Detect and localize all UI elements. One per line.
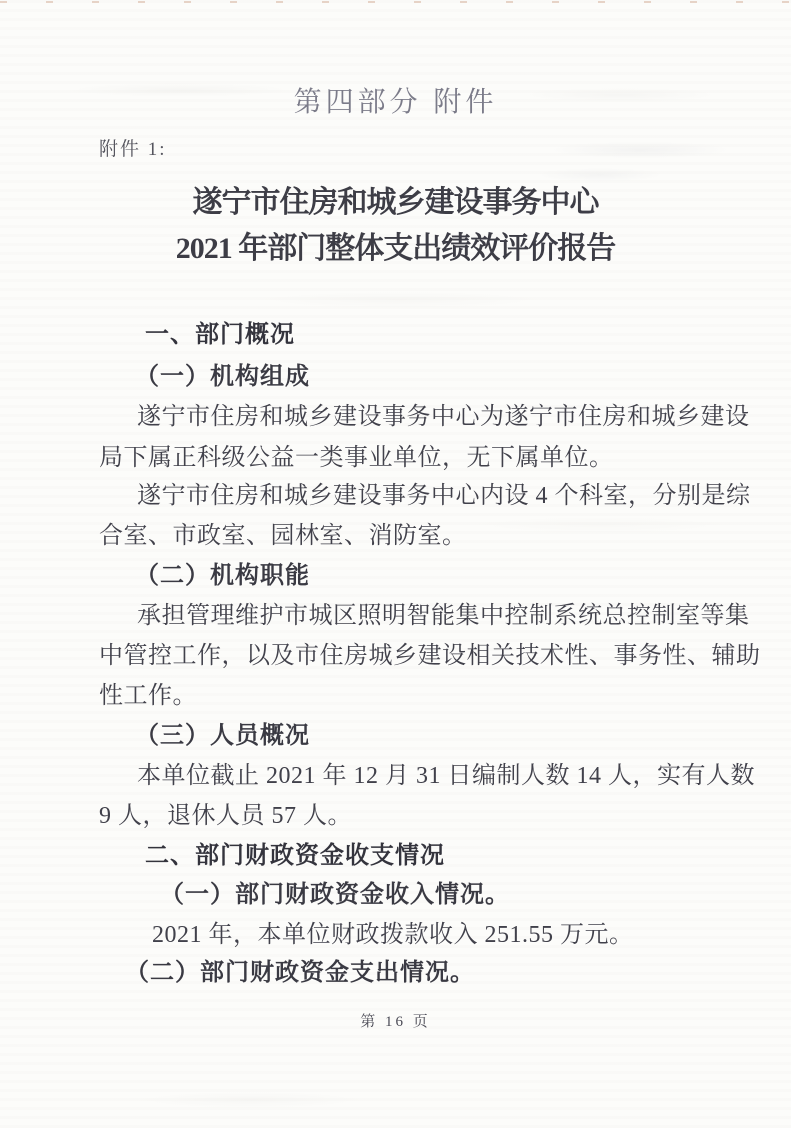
attachment-label: 附件 1: (99, 138, 167, 162)
doc-title-line2: 2021 年部门整体支出绩效评价报告 (0, 230, 791, 268)
doc-title-line1: 遂宁市住房和城乡建设事务中心 (0, 184, 791, 222)
subsection-heading-income: （一）部门财政资金收入情况。 (160, 880, 510, 910)
page-number: 第 16 页 (0, 1013, 791, 1032)
body-line: 合室、市政室、园林室、消防室。 (99, 521, 467, 551)
part-title: 第四部分 附件 (0, 84, 791, 119)
scanned-document-page: 第四部分 附件 附件 1: 遂宁市住房和城乡建设事务中心 2021 年部门整体支… (0, 0, 791, 1128)
subsection-heading-functions: （二）机构职能 (135, 561, 310, 591)
body-line: 中管控工作，以及市住房城乡建设相关技术性、事务性、辅助 (99, 641, 761, 671)
subsection-heading-personnel: （三）人员概况 (135, 721, 310, 751)
subsection-heading-expenditure: （二）部门财政资金支出情况。 (125, 958, 475, 988)
body-line: 局下属正科级公益一类事业单位，无下属单位。 (99, 443, 614, 473)
section-heading-finance: 二、部门财政资金收支情况 (145, 841, 445, 871)
body-line: 9 人，退休人员 57 人。 (99, 801, 352, 831)
body-line: 本单位截止 2021 年 12 月 31 日编制人数 14 人，实有人数 (137, 761, 755, 791)
body-line: 2021 年，本单位财政拨款收入 251.55 万元。 (152, 920, 634, 950)
scan-edge-artifact (0, 1, 791, 3)
body-line: 承担管理维护市城区照明智能集中控制系统总控制室等集 (137, 601, 750, 631)
body-line: 遂宁市住房和城乡建设事务中心内设 4 个科室，分别是综 (137, 481, 751, 511)
subsection-heading-structure: （一）机构组成 (135, 362, 310, 392)
body-line: 性工作。 (99, 681, 197, 711)
section-heading-overview: 一、部门概况 (145, 320, 295, 350)
body-line: 遂宁市住房和城乡建设事务中心为遂宁市住房和城乡建设 (137, 402, 750, 432)
